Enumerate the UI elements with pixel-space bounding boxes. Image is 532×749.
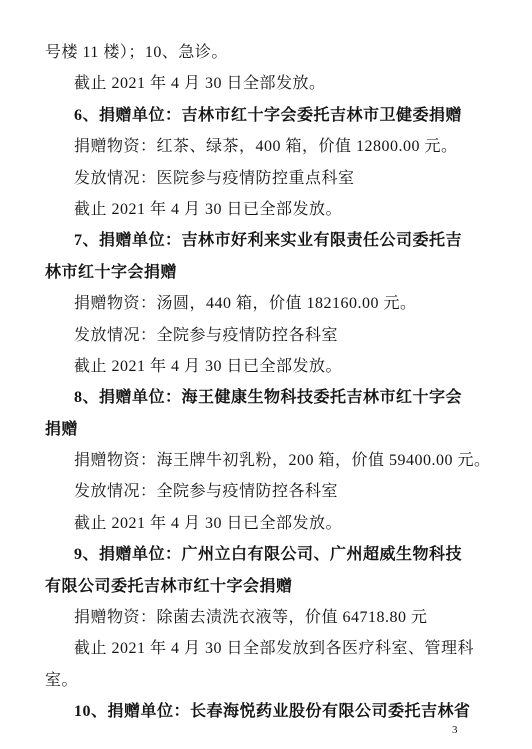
donor-heading-6: 6、捐赠单位：吉林市红十字会委托吉林市卫健委捐赠	[45, 100, 517, 131]
page-number: 3	[452, 723, 458, 737]
distribution-text: 发放情况：全院参与疫情防控各科室	[45, 320, 517, 351]
donor-heading-8: 8、捐赠单位：海王健康生物科技委托吉林市红十字会	[45, 382, 517, 413]
materials-text: 捐赠物资：除菌去渍洗衣液等，价值 64718.80 元	[45, 602, 517, 633]
donor-heading-10: 10、捐赠单位：长春海悦药业股份有限公司委托吉林省	[45, 696, 517, 727]
donor-heading-8-continuation: 捐赠	[45, 414, 517, 445]
distribution-text: 发放情况：医院参与疫情防控重点科室	[45, 163, 517, 194]
deadline-text: 截止 2021 年 4 月 30 日已全部发放。	[45, 194, 517, 225]
donor-heading-9: 9、捐赠单位：广州立白有限公司、广州超威生物科技	[45, 539, 517, 570]
donor-heading-9-continuation: 有限公司委托吉林市红十字会捐赠	[45, 571, 517, 602]
materials-text: 捐赠物资：海王牌牛初乳粉，200 箱，价值 59400.00 元。	[45, 445, 517, 476]
document-page: 号楼 11 楼）；10、急诊。 截止 2021 年 4 月 30 日全部发放。 …	[0, 0, 532, 749]
donor-heading-7-continuation: 林市红十字会捐赠	[45, 257, 517, 288]
deadline-text: 截止 2021 年 4 月 30 日全部发放到各医疗科室、管理科	[45, 633, 517, 664]
materials-text: 捐赠物资：汤圆，440 箱，价值 182160.00 元。	[45, 288, 517, 319]
donor-heading-7: 7、捐赠单位：吉林市好利来实业有限责任公司委托吉	[45, 225, 517, 256]
materials-text: 捐赠物资：红茶、绿茶，400 箱，价值 12800.00 元。	[45, 131, 517, 162]
distribution-text: 发放情况：全院参与疫情防控各科室	[45, 476, 517, 507]
document-text-block: 号楼 11 楼）；10、急诊。 截止 2021 年 4 月 30 日全部发放。 …	[45, 37, 517, 728]
deadline-text: 截止 2021 年 4 月 30 日已全部发放。	[45, 508, 517, 539]
deadline-text-continuation: 室。	[45, 665, 517, 696]
deadline-text: 截止 2021 年 4 月 30 日全部发放。	[45, 68, 517, 99]
body-line-continuation: 号楼 11 楼）；10、急诊。	[45, 37, 517, 68]
deadline-text: 截止 2021 年 4 月 30 日已全部发放。	[45, 351, 517, 382]
